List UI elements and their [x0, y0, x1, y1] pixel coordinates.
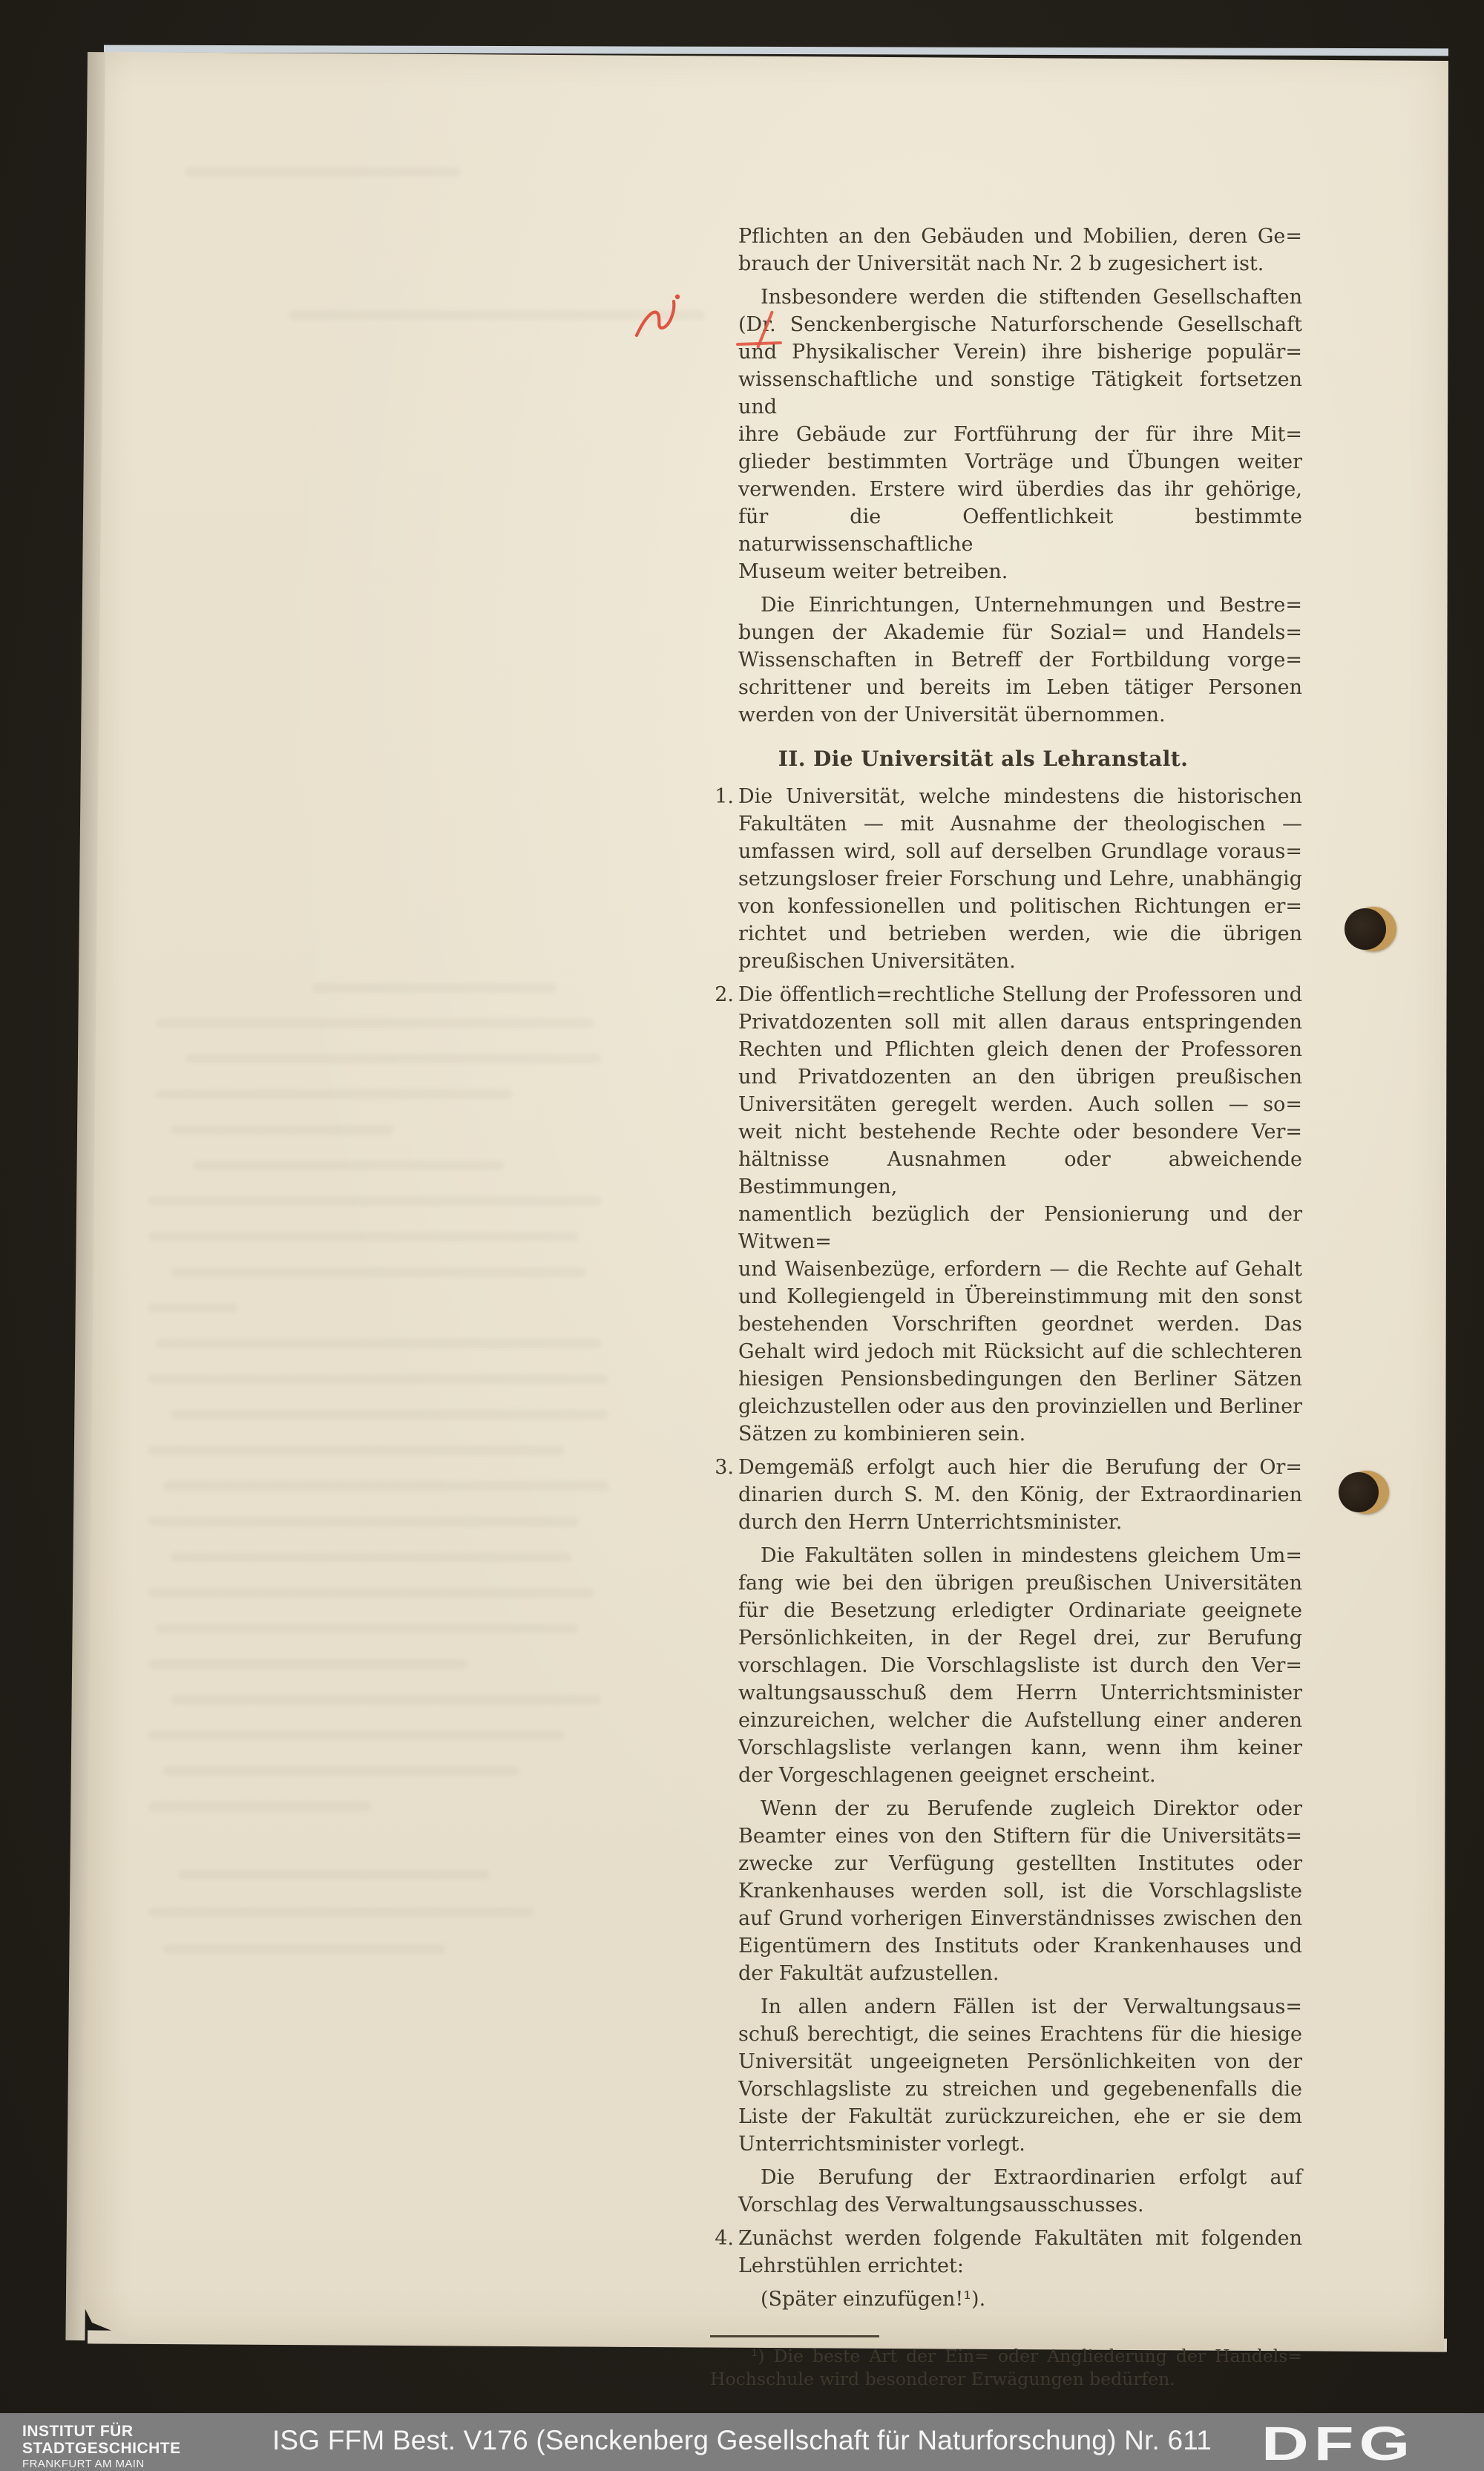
- text-line: (Später einzufügen!¹).: [738, 2285, 1302, 2313]
- text-line: Krankenhauses werden soll, ist die Vorsc…: [738, 1877, 1302, 1905]
- bleed-through-line: [163, 1766, 519, 1776]
- paragraph: Pflichten an den Gebäuden und Mobilien, …: [738, 223, 1302, 278]
- text-line: fang wie bei den übrigen preußischen Uni…: [738, 1569, 1302, 1597]
- text-line: der Fakultät aufzustellen.: [738, 1960, 1302, 1987]
- text-line: für die Oeffentlichkeit bestimmte naturw…: [738, 503, 1302, 558]
- list-item-2: 2.Die öffentlich=rechtliche Stellung der…: [738, 981, 1302, 1448]
- text-line: Fakultäten — mit Ausnahme der theologisc…: [738, 810, 1302, 838]
- bleed-through-line: [171, 1552, 571, 1562]
- text-line: Die Universität, welche mindestens die h…: [738, 783, 1302, 810]
- text-line: ihre Gebäude zur Fortführung der für ihr…: [738, 421, 1302, 448]
- list-number: 3.: [707, 1454, 734, 1481]
- text-line: richtet und betrieben werden, wie die üb…: [738, 920, 1302, 948]
- text-line: Insbesondere werden die stiftenden Gesel…: [738, 283, 1302, 311]
- text-line: Vorschlagsliste zu streichen und gegeben…: [738, 2075, 1302, 2103]
- text-line: auf Grund vorherigen Einverständnisses z…: [738, 1905, 1302, 1932]
- handwritten-red-note: [631, 286, 702, 350]
- bleed-through-line: [171, 1267, 586, 1277]
- text-line: waltungsausschuß dem Herrn Unterrichtsmi…: [738, 1679, 1302, 1707]
- text-line: setzungsloser freier Forschung und Lehre…: [738, 865, 1302, 893]
- paragraph: In allen andern Fällen ist der Verwaltun…: [738, 1993, 1302, 2158]
- text-line: Die öffentlich=rechtliche Stellung der P…: [738, 981, 1302, 1008]
- text-line: zwecke zur Verfügung gestellten Institut…: [738, 1850, 1302, 1877]
- bleed-through-line: [148, 1802, 371, 1811]
- text-line: schuß berechtigt, die seines Erachtens f…: [738, 2021, 1302, 2048]
- bleed-through-line: [148, 1517, 579, 1526]
- text-line: einzureichen, welcher die Aufstellung ei…: [738, 1707, 1302, 1734]
- list-number: 1.: [707, 783, 734, 810]
- bleed-through-line: [148, 1907, 534, 1917]
- paragraph: Die Berufung der Extraordinarien erfolgt…: [738, 2164, 1302, 2219]
- text-line: Gehalt wird jedoch mit Rücksicht auf die…: [738, 1338, 1302, 1365]
- footnote-rule: [710, 2335, 879, 2337]
- text-line: Sätzen zu kombinieren sein.: [738, 1420, 1302, 1448]
- text-line: bestehenden Vorschriften geordnet werden…: [738, 1310, 1302, 1338]
- text-line: wissenschaftliche und sonstige Tätigkeit…: [738, 366, 1302, 421]
- bleed-through-line: [178, 1870, 490, 1880]
- text-line: Die Fakultäten sollen in mindestens glei…: [738, 1542, 1302, 1569]
- text-line: Wissenschaften in Betreff der Fortbildun…: [738, 646, 1302, 674]
- document-body: Pflichten an den Gebäuden und Mobilien, …: [738, 223, 1302, 2397]
- list-number: 4.: [707, 2225, 734, 2252]
- text-line: In allen andern Fällen ist der Verwaltun…: [738, 1993, 1302, 2021]
- bleed-through-line: [171, 1695, 601, 1704]
- text-line: werden von der Universität übernommen.: [738, 701, 1302, 729]
- bleed-through-line: [156, 1089, 512, 1099]
- text-line: glieder bestimmten Vorträge und Übungen …: [738, 448, 1302, 476]
- text-line: und Kollegiengeld in Übereinstimmung mit…: [738, 1283, 1302, 1310]
- bleed-through-line: [163, 1944, 445, 1954]
- text-line: Pflichten an den Gebäuden und Mobilien, …: [738, 223, 1302, 250]
- text-line: Hochschule wird besonderer Erwägungen be…: [710, 2368, 1302, 2391]
- text-line: Persönlichkeiten, in der Regel drei, zur…: [738, 1624, 1302, 1652]
- text-line: Demgemäß erfolgt auch hier die Berufung …: [738, 1454, 1302, 1481]
- punch-hole: [1345, 908, 1386, 950]
- punch-hole: [1339, 1472, 1379, 1512]
- bleed-through-line: [148, 1659, 467, 1669]
- text-line: Privatdozenten soll mit allen daraus ent…: [738, 1008, 1302, 1036]
- bleed-through-line: [156, 1018, 594, 1028]
- list-item-3: 3.Demgemäß erfolgt auch hier die Berufun…: [738, 1454, 1302, 1536]
- archival-scan-page: { "scan": { "annotations": { "handwritte…: [0, 0, 1484, 2471]
- text-line: hältnisse Ausnahmen oder abweichende Bes…: [738, 1146, 1302, 1201]
- text-line: der Vorgeschlagenen geeignet erscheint.: [738, 1762, 1302, 1789]
- dfg-logo: DFG: [1261, 2416, 1415, 2471]
- text-line: bungen der Akademie für Sozial= und Hand…: [738, 619, 1302, 646]
- text-line: gleichzustellen oder aus den provinziell…: [738, 1393, 1302, 1420]
- text-line: Unterrichtsminister vorlegt.: [738, 2130, 1302, 2158]
- text-line: umfassen wird, soll auf derselben Grundl…: [738, 838, 1302, 865]
- paragraph: Die Fakultäten sollen in mindestens glei…: [738, 1542, 1302, 1789]
- text-line: preußischen Universitäten.: [738, 948, 1302, 975]
- text-line: vorschlagen. Die Vorschlagsliste ist dur…: [738, 1652, 1302, 1679]
- paragraph: Wenn der zu Berufende zugleich Direktor …: [738, 1795, 1302, 1987]
- bleed-through-line: [148, 1303, 237, 1313]
- bleed-through-line: [148, 1196, 601, 1206]
- text-line: Zunächst werden folgende Fakultäten mit …: [738, 2225, 1302, 2252]
- text-line: schrittener und bereits im Leben tätiger…: [738, 674, 1302, 701]
- section-heading: II. Die Universität als Lehranstalt.: [738, 745, 1302, 772]
- archive-footer-bar: INSTITUT FÜR STADTGESCHICHTE FRANKFURT A…: [0, 2413, 1484, 2471]
- text-line: namentlich bezüglich der Pensionierung u…: [738, 1201, 1302, 1256]
- text-line: Lehrstühlen errichtet:: [738, 2252, 1302, 2280]
- text-line: Wenn der zu Berufende zugleich Direktor …: [738, 1795, 1302, 1822]
- bleed-through-line: [171, 1125, 393, 1135]
- text-line: ¹) Die beste Art der Ein= oder Anglieder…: [710, 2345, 1302, 2368]
- text-line: brauch der Universität nach Nr. 2 b zuge…: [738, 250, 1302, 278]
- paragraph: Insbesondere werden die stiftenden Gesel…: [738, 283, 1302, 585]
- bleed-through-line: [156, 1624, 579, 1633]
- text-line: und Physikalischer Verein) ihre bisherig…: [738, 338, 1302, 366]
- text-line: Museum weiter betreiben.: [738, 558, 1302, 585]
- text-line: verwenden. Erstere wird überdies das ihr…: [738, 476, 1302, 503]
- text-line: Eigentümern des Instituts oder Krankenha…: [738, 1932, 1302, 1960]
- text-line: Die Einrichtungen, Unternehmungen und Be…: [738, 591, 1302, 619]
- bleed-through-line: [148, 1232, 579, 1241]
- text-line: Die Berufung der Extraordinarien erfolgt…: [738, 2164, 1302, 2191]
- bleed-through-line: [163, 1481, 608, 1491]
- list-item-4: 4.Zunächst werden folgende Fakultäten mi…: [738, 2225, 1302, 2280]
- bleed-through-line: [193, 1161, 505, 1170]
- text-line: Universität ungeeigneten Persönlichkeite…: [738, 2048, 1302, 2075]
- text-line: und Waisenbezüge, erfordern — die Rechte…: [738, 1256, 1302, 1283]
- footnote: ¹) Die beste Art der Ein= oder Anglieder…: [710, 2345, 1302, 2391]
- text-line: Beamter eines von den Stiftern für die U…: [738, 1822, 1302, 1850]
- text-line: für die Besetzung erledigter Ordinariate…: [738, 1597, 1302, 1624]
- bleed-through-line: [185, 1054, 601, 1063]
- text-line: Rechten und Pflichten gleich denen der P…: [738, 1036, 1302, 1063]
- bleed-through-line: [312, 983, 556, 993]
- text-line: Vorschlag des Verwaltungsausschusses.: [738, 2191, 1302, 2219]
- bleed-through-line: [148, 1588, 594, 1598]
- text-line: Universitäten geregelt werden. Auch soll…: [738, 1091, 1302, 1118]
- text-line: Liste der Fakultät zurückzureichen, ehe …: [738, 2103, 1302, 2130]
- paragraph: (Später einzufügen!¹).: [738, 2285, 1302, 2313]
- bleed-through-line: [185, 167, 460, 177]
- bleed-through-line: [156, 1339, 601, 1348]
- text-line: dinarien durch S. M. den König, der Extr…: [738, 1481, 1302, 1509]
- text-line: von konfessionellen und politischen Rich…: [738, 893, 1302, 920]
- bleed-through-line: [171, 1410, 608, 1420]
- list-item-1: 1.Die Universität, welche mindestens die…: [738, 783, 1302, 975]
- bleed-through-line: [148, 1730, 564, 1740]
- bleed-through-line: [148, 1374, 608, 1384]
- text-line: weit nicht bestehende Rechte oder besond…: [738, 1118, 1302, 1146]
- text-line: II. Die Universität als Lehranstalt.: [738, 745, 1228, 772]
- text-line: Vorschlagsliste verlangen kann, wenn ihm…: [738, 1734, 1302, 1762]
- bleed-through-line: [148, 1445, 564, 1455]
- paragraph: Die Einrichtungen, Unternehmungen und Be…: [738, 591, 1302, 729]
- text-line: (Dr. Senckenbergische Naturforschende Ge…: [738, 311, 1302, 338]
- institute-name-line3: FRANKFURT AM MAIN: [22, 2458, 181, 2470]
- list-number: 2.: [707, 981, 734, 1008]
- text-line: und Privatdozenten an den übrigen preußi…: [738, 1063, 1302, 1091]
- text-line: hiesigen Pensionsbedingungen den Berline…: [738, 1365, 1302, 1393]
- red-annotated-text: (Dr.: [738, 311, 776, 338]
- text-line: durch den Herrn Unterrichtsminister.: [738, 1509, 1302, 1536]
